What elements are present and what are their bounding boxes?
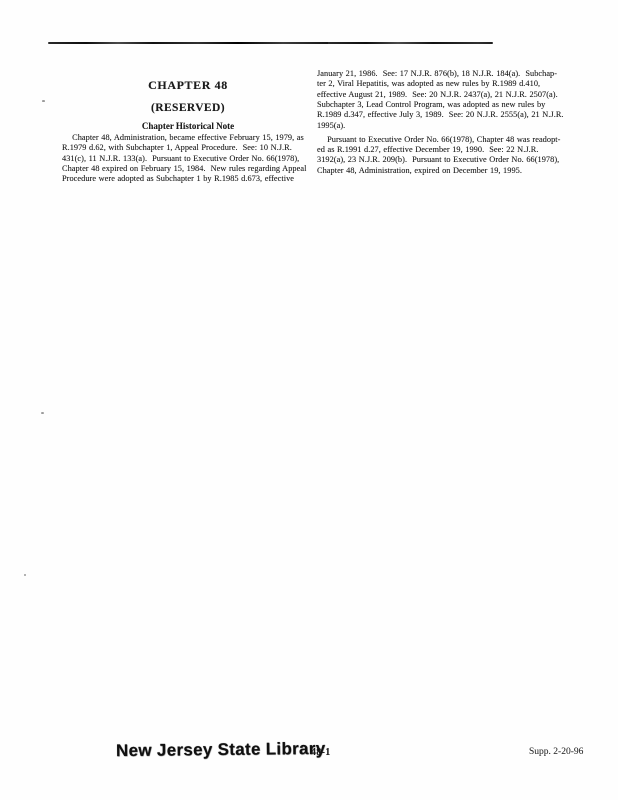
- chapter-title: CHAPTER 48: [62, 79, 314, 92]
- historical-note-right-paragraph-1: January 21, 1986. See: 17 N.J.R. 876(b),…: [317, 69, 569, 131]
- scanned-document-page: CHAPTER 48 (RESERVED) Chapter Historical…: [0, 0, 618, 800]
- historical-note-left-paragraph: Chapter 48, Administration, became effec…: [62, 133, 314, 185]
- scan-speck: [42, 100, 45, 102]
- historical-note-heading: Chapter Historical Note: [62, 121, 314, 131]
- historical-note-right-paragraph-2: Pursuant to Executive Order No. 66(1978)…: [317, 135, 569, 176]
- page-number: 48-1: [311, 747, 331, 758]
- chapter-status: (RESERVED): [62, 102, 314, 114]
- left-column: CHAPTER 48 (RESERVED) Chapter Historical…: [62, 79, 314, 185]
- scan-speck: [41, 412, 44, 414]
- header-rule: [48, 42, 493, 44]
- right-column: January 21, 1986. See: 17 N.J.R. 876(b),…: [317, 69, 569, 176]
- library-ownership-stamp: New Jersey State Library: [116, 739, 326, 761]
- supplement-date: Supp. 2-20-96: [529, 747, 583, 757]
- scan-speck: [24, 574, 26, 576]
